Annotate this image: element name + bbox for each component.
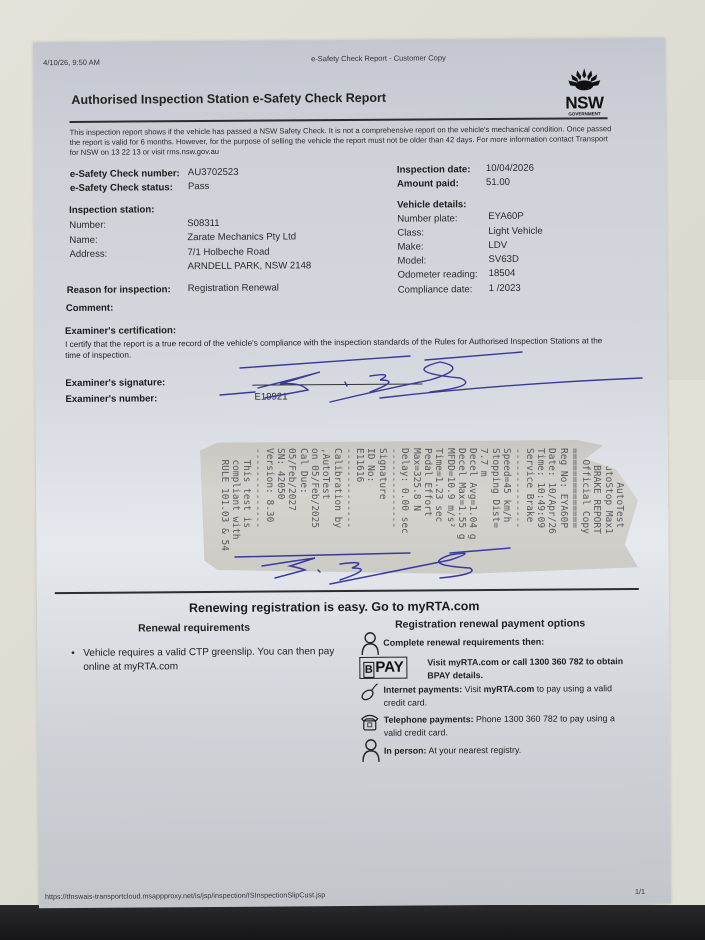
background-surface (0, 905, 705, 940)
receipt-text: AutoTest AutoStop Max1 BRAKE REPORT Offi… (218, 448, 625, 551)
requirements-heading: Renewal requirements (138, 622, 250, 635)
station-address-label: Address: (69, 249, 107, 260)
footer-page-number: 1/1 (635, 887, 645, 896)
internet-text-pre: Visit (462, 684, 483, 694)
station-address-line2: ARNDELL PARK, NSW 2148 (188, 260, 312, 272)
bpay-b-icon: B (363, 662, 374, 678)
in-person-icon (361, 739, 381, 763)
station-heading: Inspection station: (69, 204, 154, 216)
check-status-value: Pass (188, 181, 209, 192)
inspection-date-label: Inspection date: (397, 164, 471, 176)
check-number-value: AU3702523 (188, 167, 239, 178)
odometer-label: Odometer reading: (398, 269, 478, 281)
print-page-title: e-Safety Check Report - Customer Copy (311, 53, 446, 63)
internet-label: Internet payments: (383, 684, 462, 695)
compliance-value: 1 /2023 (489, 283, 521, 294)
telephone-icon (360, 712, 380, 732)
renewal-divider (55, 588, 639, 594)
in-person-value: At your nearest registry. (426, 745, 521, 756)
class-value: Light Vehicle (488, 226, 542, 237)
examiner-number-value: E19921 (254, 391, 287, 402)
renewal-headline: Renewing registration is easy. Go to myR… (189, 599, 480, 615)
mouse-icon (359, 682, 379, 702)
signature-line (252, 384, 422, 386)
make-label: Make: (397, 241, 423, 252)
station-number-value: S08311 (187, 218, 219, 229)
print-datetime: 4/10/26, 9:50 AM (43, 58, 100, 67)
in-person-text: In person: At your nearest registry. (384, 743, 624, 758)
title-divider (70, 117, 608, 123)
bpay-text: Visit myRTA.com or call 1300 360 782 to … (427, 655, 632, 682)
reason-label: Reason for inspection: (67, 284, 171, 296)
model-value: SV63D (488, 254, 518, 265)
telephone-label: Telephone payments: (384, 714, 474, 725)
bpay-logo: BPAY (359, 657, 408, 679)
waratah-icon (566, 66, 602, 90)
person-icon (360, 632, 380, 656)
amount-paid-label: Amount paid: (397, 178, 459, 189)
comment-label: Comment: (66, 303, 114, 314)
footer-url: https://tfnswais-transportcloud.msapppro… (45, 890, 325, 901)
bpay-logo-text: PAY (375, 659, 403, 676)
check-status-label: e-Safety Check status: (70, 182, 173, 194)
plate-value: EYA60P (488, 211, 524, 222)
logo-text: NSW (563, 95, 605, 111)
vehicle-heading: Vehicle details: (397, 199, 466, 210)
certification-heading: Examiner's certification: (65, 325, 176, 337)
intro-text: This inspection report shows if the vehi… (70, 124, 615, 158)
make-value: LDV (488, 240, 507, 251)
station-number-label: Number: (69, 220, 106, 231)
report-title: Authorised Inspection Station e-Safety C… (71, 91, 386, 107)
brake-test-receipt: AutoTest AutoStop Max1 BRAKE REPORT Offi… (200, 440, 638, 574)
nsw-government-logo: NSW GOVERNMENT (563, 66, 605, 116)
complete-requirements-text: Complete renewal requirements then: (383, 637, 544, 648)
model-label: Model: (397, 255, 426, 266)
logo-subtext: GOVERNMENT (563, 111, 605, 116)
in-person-label: In person: (384, 745, 427, 755)
check-number-label: e-Safety Check number: (70, 168, 180, 180)
plate-label: Number plate: (397, 213, 457, 224)
odometer-value: 18504 (489, 268, 516, 279)
signature-label: Examiner's signature: (65, 377, 165, 389)
myrta-link[interactable]: myRTA.com (484, 684, 535, 694)
class-label: Class: (397, 227, 424, 238)
inspection-date-value: 10/04/2026 (486, 163, 534, 174)
station-name-label: Name: (69, 235, 97, 246)
amount-paid-value: 51.00 (486, 177, 510, 188)
certification-text: I certify that the report is a true reco… (65, 335, 605, 361)
station-address-line1: 7/1 Holbeche Road (187, 247, 269, 259)
requirement-item: Vehicle requires a valid CTP greenslip. … (83, 645, 345, 674)
examiner-number-label: Examiner's number: (65, 393, 157, 405)
requirement-bullet: • (71, 647, 75, 661)
payment-options-heading: Registration renewal payment options (395, 617, 585, 630)
station-name-value: Zarate Mechanics Pty Ltd (187, 231, 296, 243)
telephone-payments-text: Telephone payments: Phone 1300 360 782 t… (384, 712, 624, 740)
internet-payments-text: Internet payments: Visit myRTA.com to pa… (383, 682, 623, 710)
compliance-label: Compliance date: (398, 284, 473, 296)
reason-value: Registration Renewal (188, 283, 279, 295)
